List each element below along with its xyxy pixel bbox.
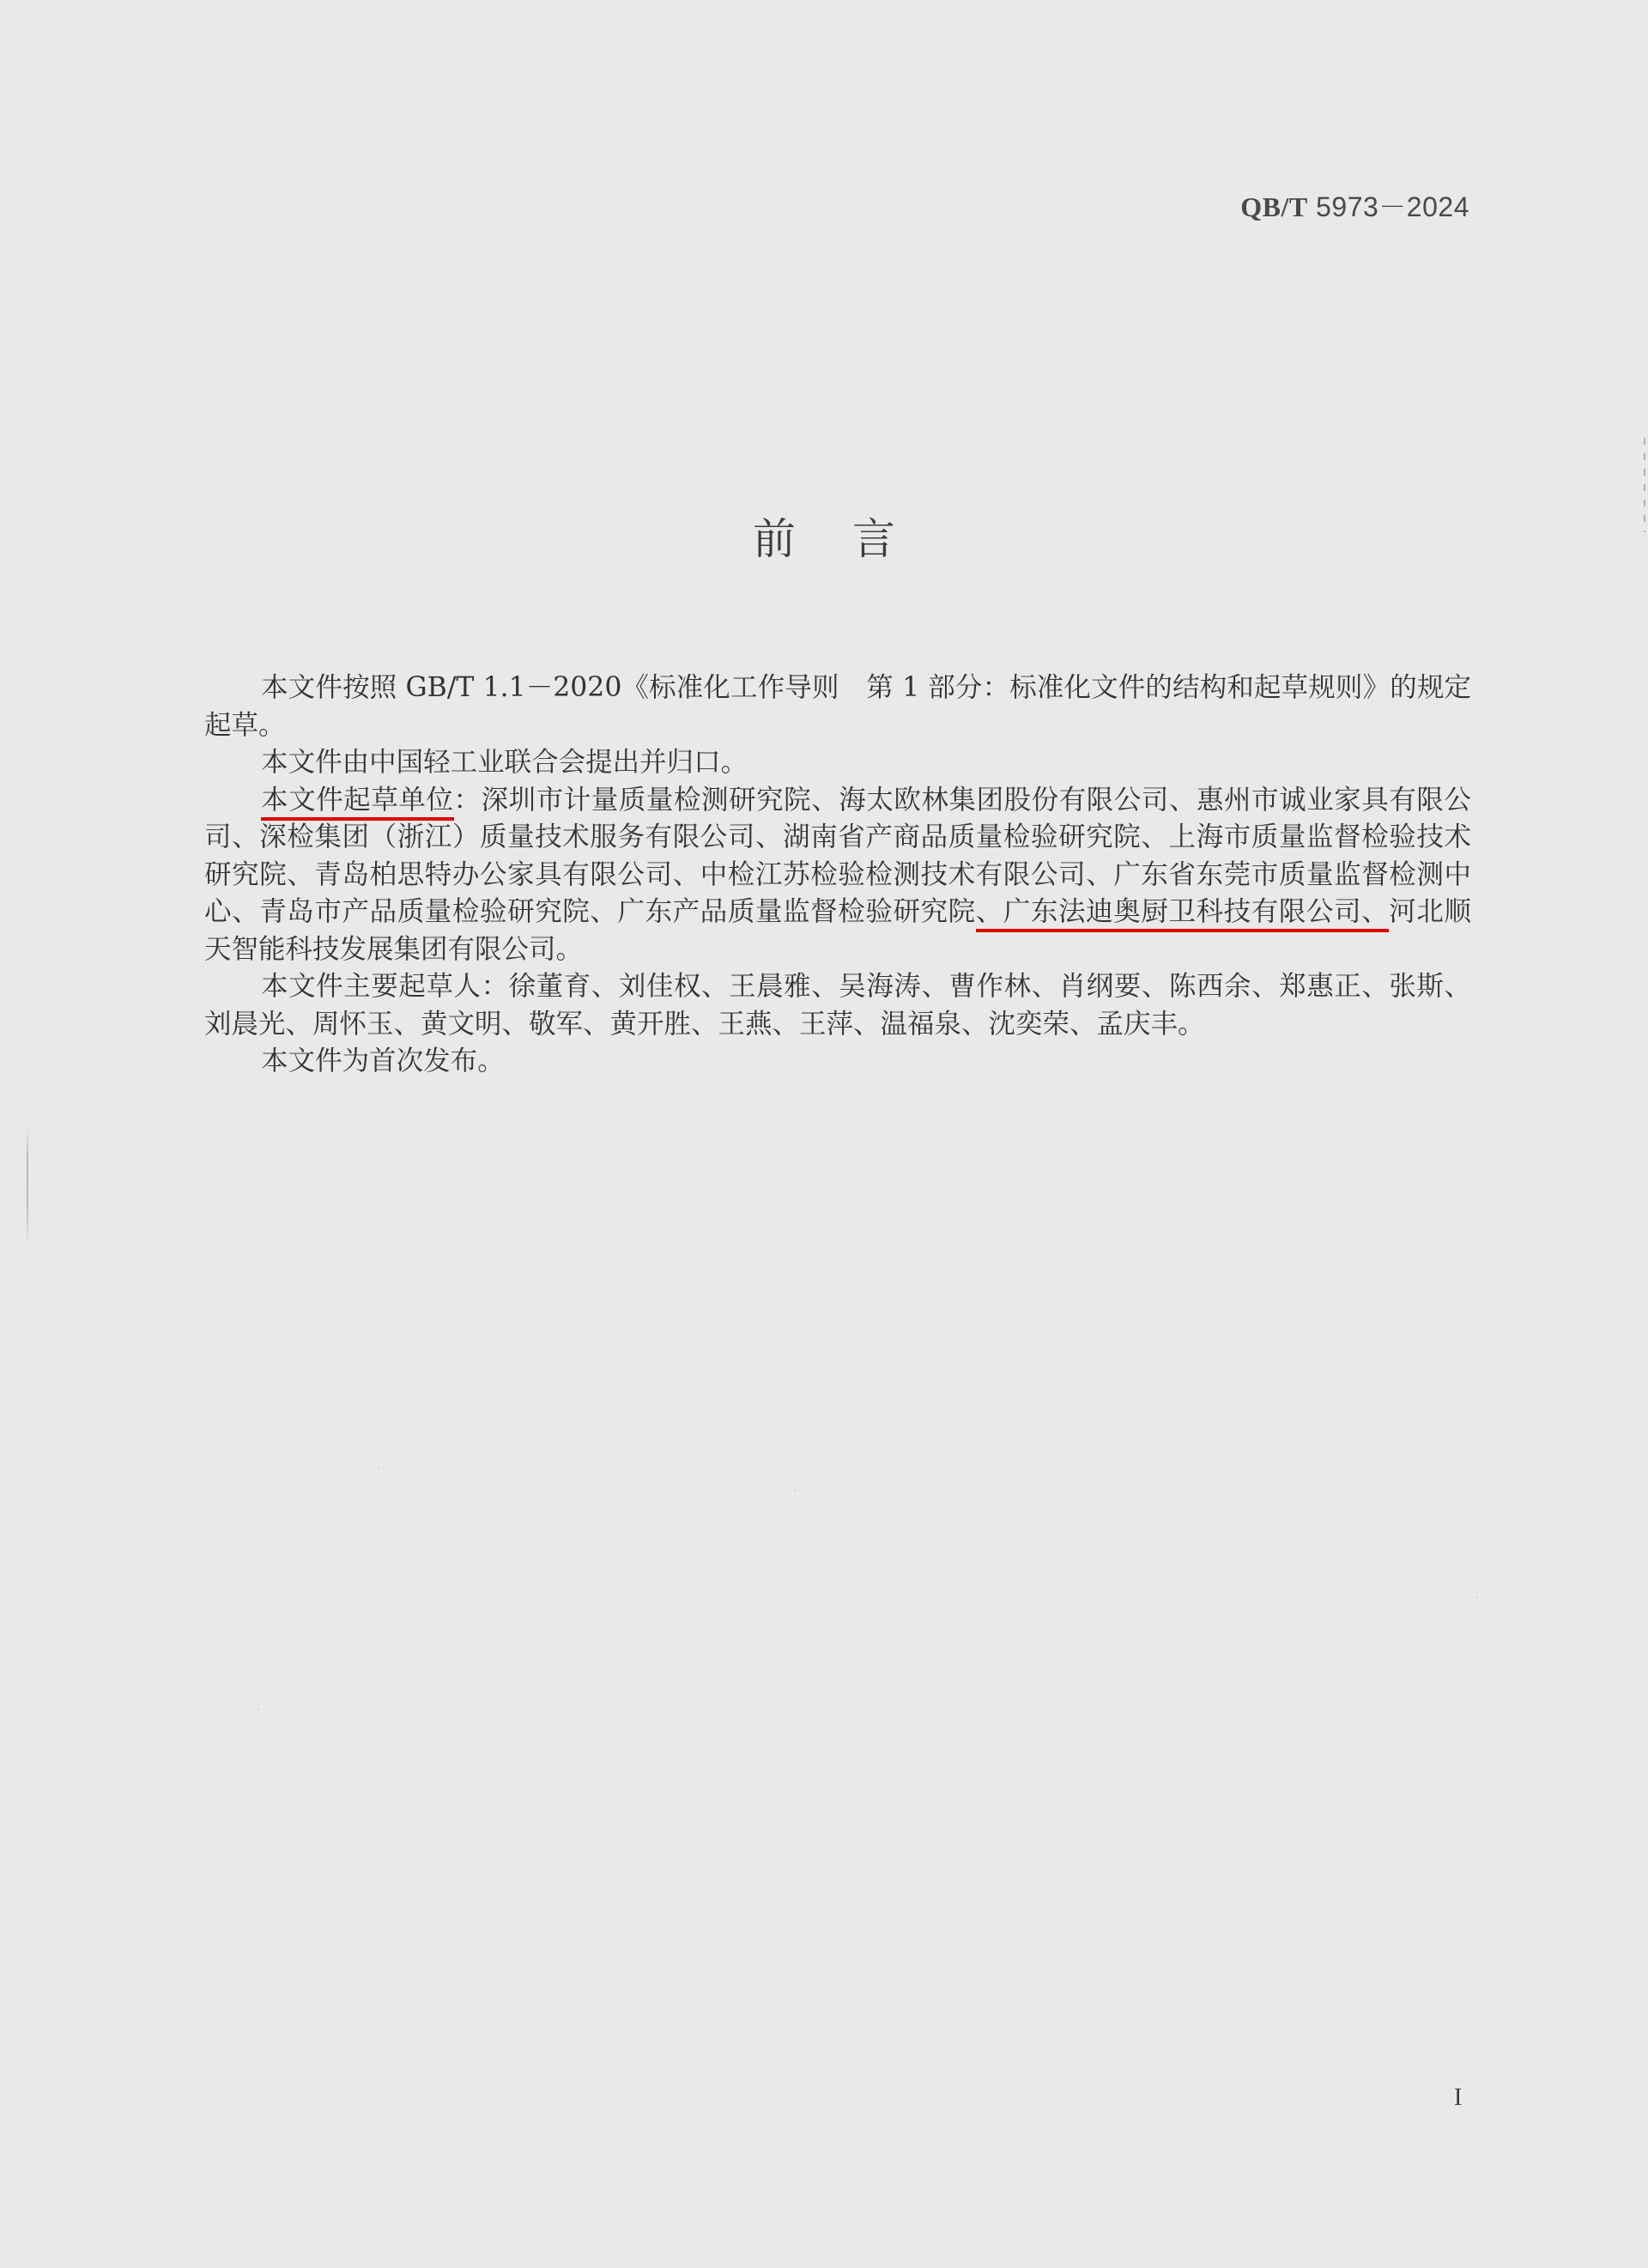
- scan-speck: [794, 1489, 796, 1491]
- standard-number: 5973－2024: [1308, 191, 1469, 222]
- scan-artifact-dashes: [1644, 438, 1645, 532]
- scan-speck: [747, 1030, 748, 1032]
- paragraph-proposer: 本文件由中国轻工业联合会提出并归口。: [204, 744, 1471, 782]
- paragraph-drafters: 本文件主要起草人：徐董育、刘佳权、王晨雅、吴海涛、曹作林、肖纲要、陈西余、郑惠正…: [204, 968, 1471, 1043]
- highlighted-unit-underlined: 、广东法迪奥厨卫科技有限公司、: [976, 896, 1390, 927]
- paragraph-first-release: 本文件为首次发布。: [204, 1043, 1471, 1081]
- drafting-units-label-underlined: 本文件起草单位: [261, 785, 453, 816]
- scan-speck: [257, 1708, 259, 1710]
- scan-artifact-line: [27, 1126, 28, 1246]
- scan-speck: [1476, 1597, 1478, 1598]
- page-number: I: [1454, 2084, 1462, 2112]
- drafting-units-colon: ：: [454, 785, 482, 816]
- standard-code: QB/T 5973－2024: [1240, 185, 1469, 225]
- preface-body: 本文件按照 GB/T 1.1－2020《标准化工作导则 第 1 部分：标准化文件…: [204, 670, 1471, 1081]
- page-title: 前言: [0, 505, 1648, 567]
- paragraph-drafting-units: 本文件起草单位：深圳市计量质量检测研究院、海太欧林集团股份有限公司、惠州市诚业家…: [204, 782, 1471, 969]
- paragraph-drafting-basis: 本文件按照 GB/T 1.1－2020《标准化工作导则 第 1 部分：标准化文件…: [204, 670, 1471, 744]
- standard-prefix: QB/T: [1240, 191, 1307, 222]
- title-char-2: 言: [852, 514, 895, 564]
- document-page: QB/T 5973－2024 前言 本文件按照 GB/T 1.1－2020《标准…: [0, 0, 1648, 2268]
- title-char-1: 前: [753, 514, 796, 564]
- scan-speck: [378, 1468, 379, 1470]
